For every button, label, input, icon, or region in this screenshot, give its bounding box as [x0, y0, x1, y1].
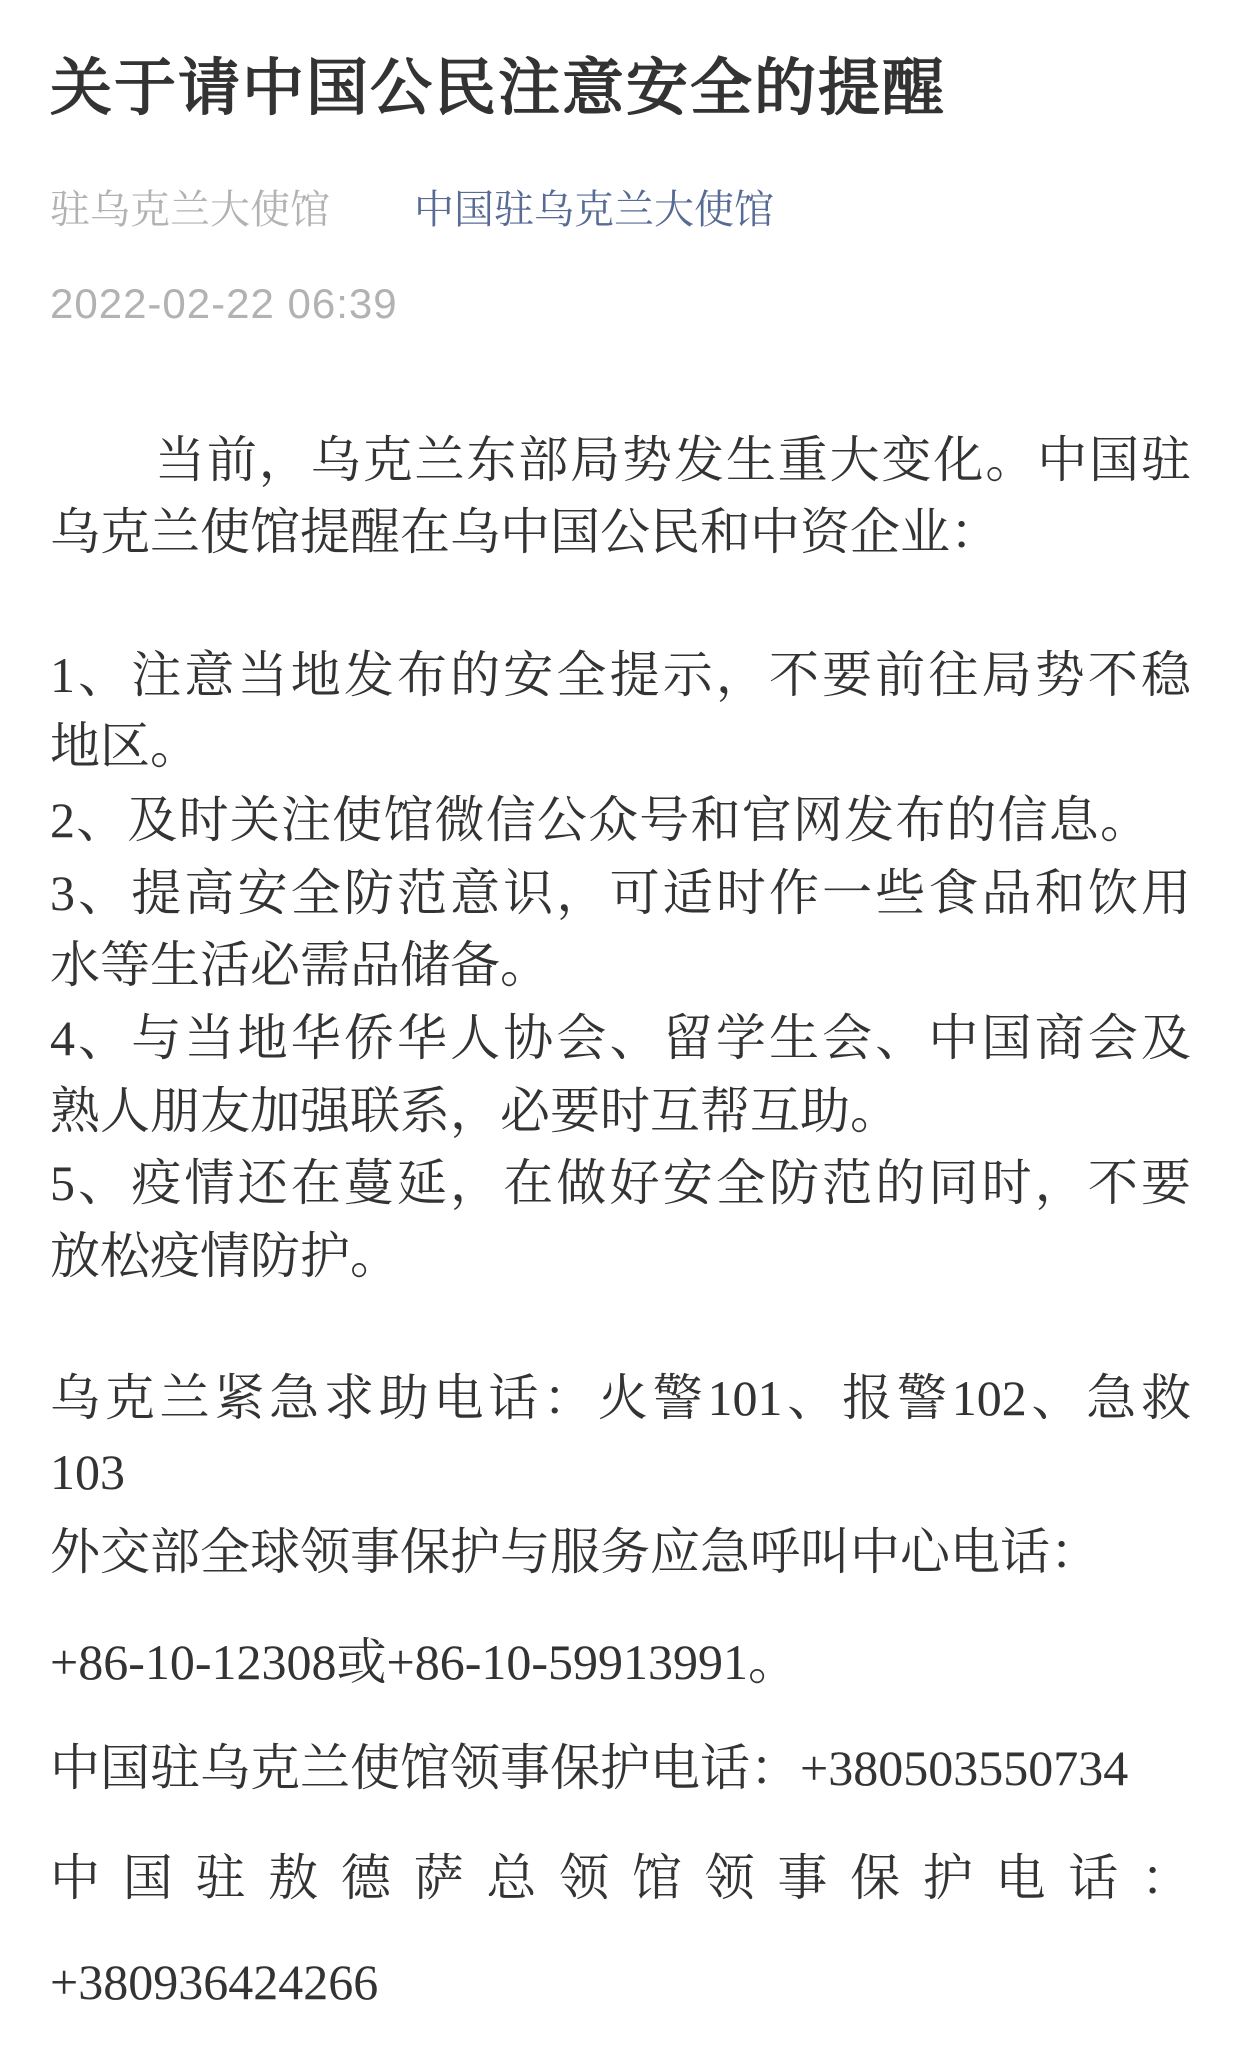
period: 。: [748, 1633, 798, 1691]
list-item-4-cont: 熟人朋友加强联系，必要时互帮互助。: [50, 1079, 900, 1143]
mfa-number-2[interactable]: +86-10-59913991: [387, 1634, 749, 1690]
odesa-hotline-number[interactable]: +380936424266: [50, 1950, 378, 2014]
account-name-link[interactable]: 中国驻乌克兰大使馆: [414, 182, 774, 238]
intro-line-2: 乌克兰使馆提醒在乌中国公民和中资企业：: [50, 500, 990, 564]
intro-line-1: 当前，乌克兰东部局势发生重大变化。中国驻: [155, 428, 1191, 492]
item-text: 、疫情还在蔓延，在做好安全防范的同时，不要: [75, 1154, 1191, 1212]
mfa-hotline-label: 外交部全球领事保护与服务应急呼叫中心电话：: [50, 1520, 1100, 1584]
item-text: 、及时关注使馆微信公众号和官网发布的信息。: [75, 791, 1150, 849]
embassy-hotline-label: 中国驻乌克兰使馆领事保护电话：: [50, 1739, 800, 1797]
emergency-label: 乌克兰紧急求助电话：: [50, 1369, 598, 1427]
item-number: 3: [50, 865, 75, 921]
item-text: 、提高安全防范意识，可适时作一些食品和饮用: [75, 864, 1191, 922]
odesa-hotline-label: 中国驻敖德萨总领馆领事保护电话：: [50, 1846, 1191, 1910]
or-text: 或: [337, 1633, 387, 1691]
mfa-hotline-numbers: +86-10-12308或+86-10-59913991。: [50, 1630, 798, 1694]
item-text: 、与当地华侨华人协会、留学生会、中国商会及: [75, 1009, 1191, 1067]
list-item-5-cont: 放松疫情防护。: [50, 1224, 400, 1288]
fire-number[interactable]: 101: [708, 1370, 783, 1426]
list-item-5: 5、疫情还在蔓延，在做好安全防范的同时，不要: [50, 1151, 1191, 1215]
list-item-2: 2、及时关注使馆微信公众号和官网发布的信息。: [50, 788, 1150, 852]
publish-time: 2022-02-22 06:39: [50, 276, 398, 332]
separator: 、: [1027, 1369, 1087, 1427]
item-number: 2: [50, 792, 75, 848]
list-item-1: 1、注意当地发布的安全提示，不要前往局势不稳: [50, 643, 1191, 707]
item-number: 1: [50, 647, 75, 703]
mfa-number-1[interactable]: +86-10-12308: [50, 1634, 337, 1690]
author-name: 驻乌克兰大使馆: [50, 182, 330, 238]
emergency-numbers: 乌克兰紧急求助电话：火警101、报警102、急救: [50, 1366, 1191, 1430]
ambulance-label: 急救: [1086, 1369, 1191, 1427]
ambulance-number[interactable]: 103: [50, 1440, 125, 1504]
embassy-hotline: 中国驻乌克兰使馆领事保护电话：+380503550734: [50, 1736, 1128, 1800]
separator: 、: [783, 1369, 843, 1427]
list-item-4: 4、与当地华侨华人协会、留学生会、中国商会及: [50, 1006, 1191, 1070]
police-number[interactable]: 102: [952, 1370, 1027, 1426]
item-number: 5: [50, 1155, 75, 1211]
list-item-3-cont: 水等生活必需品储备。: [50, 933, 550, 997]
item-text: 、注意当地发布的安全提示，不要前往局势不稳: [75, 646, 1191, 704]
article-title: 关于请中国公民注意安全的提醒: [50, 48, 946, 128]
embassy-hotline-number[interactable]: +380503550734: [800, 1740, 1128, 1796]
list-item-3: 3、提高安全防范意识，可适时作一些食品和饮用: [50, 861, 1191, 925]
police-label: 报警: [842, 1369, 952, 1427]
list-item-1-cont: 地区。: [50, 714, 200, 778]
item-number: 4: [50, 1010, 75, 1066]
fire-label: 火警: [598, 1369, 708, 1427]
